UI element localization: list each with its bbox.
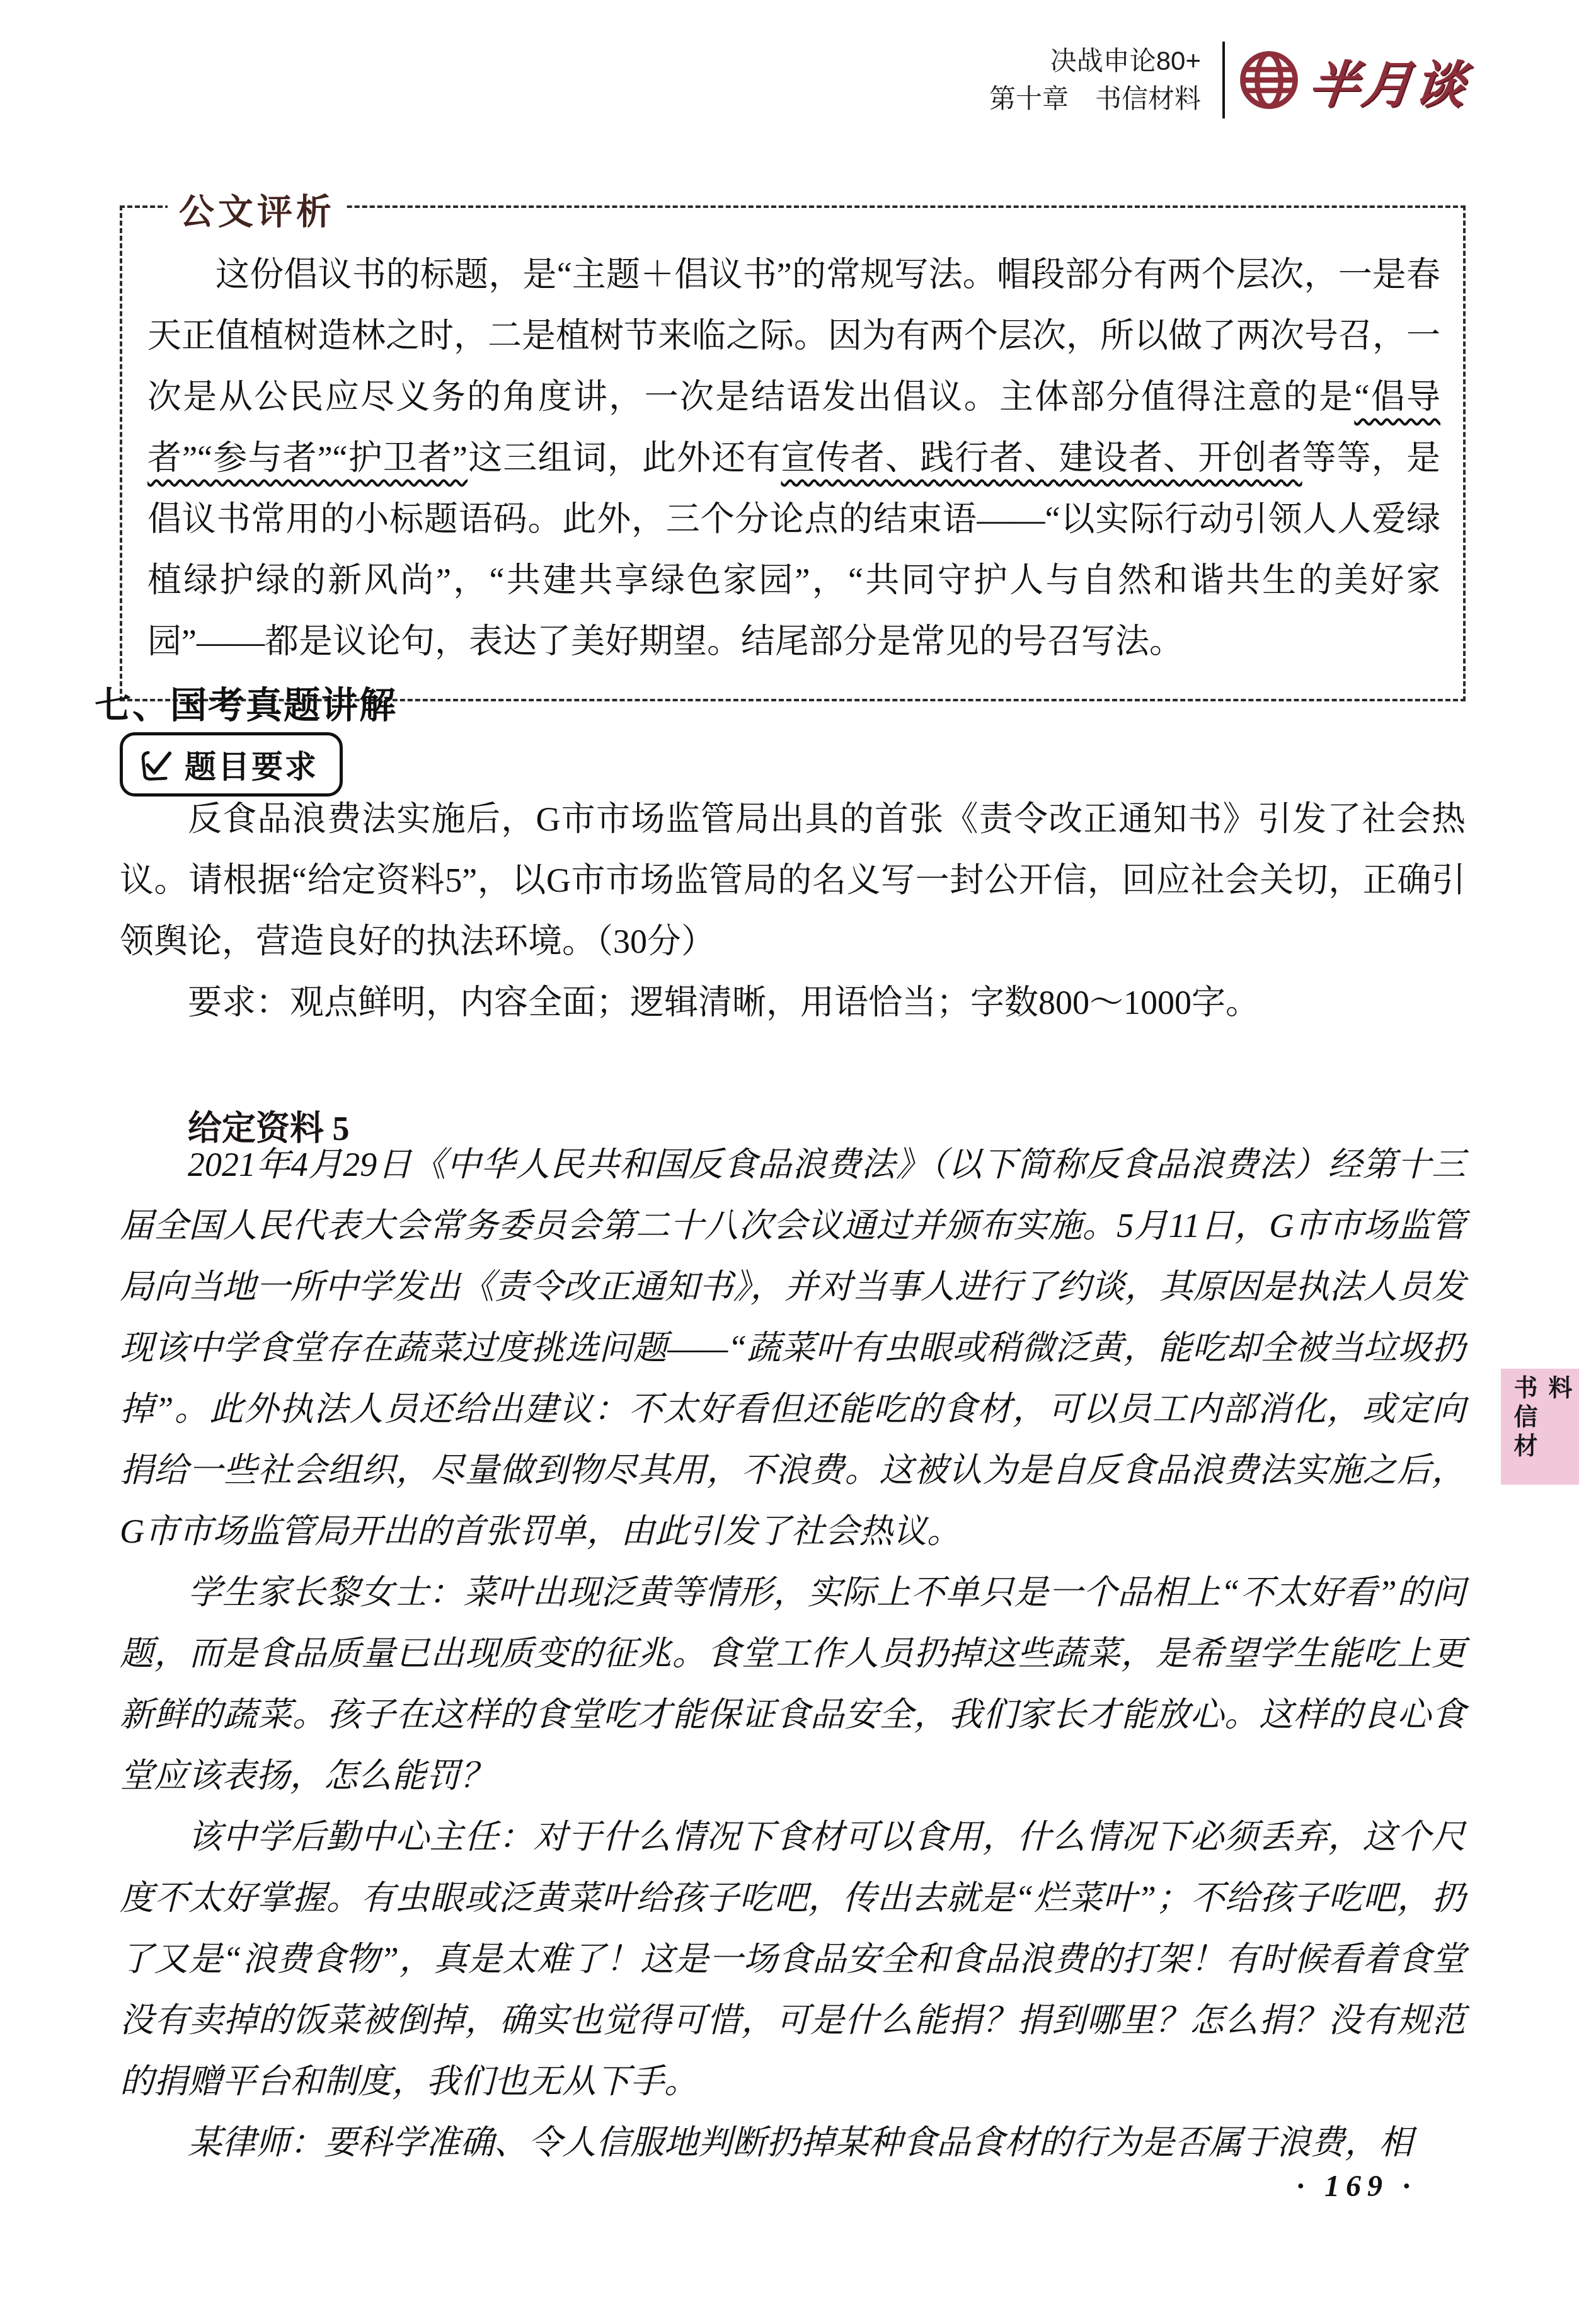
- requirement-label: 题目要求: [185, 742, 318, 787]
- question-block: 反食品浪费法实施后，G市市场监管局出具的首张《责令改正通知书》引发了社会热议。请…: [120, 789, 1466, 1033]
- page-number: · 169 ·: [1297, 2169, 1416, 2204]
- analysis-box: 公文评析 这份倡议书的标题，是“主题＋倡议书”的常规写法。帽段部分有两个层次，一…: [120, 205, 1466, 701]
- chapter-side-tab: 书信材料: [1501, 1369, 1579, 1485]
- material-paragraph-4: 某律师：要科学准确、令人信服地判断扔掉某种食品食材的行为是否属于浪费，相: [120, 2112, 1466, 2173]
- material-body: 2021年4月29日《中华人民共和国反食品浪费法》（以下简称反食品浪费法）经第十…: [120, 1134, 1466, 2173]
- page-header: 决战申论80+ 第十章 书信材料 半月谈: [863, 42, 1468, 118]
- banyuetan-logo: 半月谈: [1225, 44, 1468, 117]
- analysis-box-title: 公文评析: [168, 184, 347, 234]
- section-heading: 七、国考真题讲解: [95, 676, 397, 728]
- logo-wordmark: 半月谈: [1306, 44, 1472, 117]
- analysis-paragraph: 这份倡议书的标题，是“主题＋倡议书”的常规写法。帽段部分有两个层次，一是春天正值…: [147, 244, 1440, 672]
- book-page: 决战申论80+ 第十章 书信材料 半月谈 公文评析 这份倡议书的标题，是“主题＋…: [0, 0, 1579, 2324]
- book-title: 决战申论80+: [863, 42, 1201, 80]
- question-paragraph: 反食品浪费法实施后，G市市场监管局出具的首张《责令改正通知书》引发了社会热议。请…: [120, 789, 1466, 972]
- globe-icon: [1237, 49, 1301, 112]
- material-paragraph-3: 该中学后勤中心主任：对于什么情况下食材可以食用，什么情况下必须丢弃，这个尺度不太…: [120, 1807, 1466, 2112]
- material-paragraph-1: 2021年4月29日《中华人民共和国反食品浪费法》（以下简称反食品浪费法）经第十…: [120, 1134, 1466, 1562]
- requirement-box: 题目要求: [120, 732, 343, 797]
- requirements-line: 要求：观点鲜明，内容全面；逻辑清晰，用语恰当；字数800～1000字。: [120, 972, 1466, 1033]
- material-paragraph-2: 学生家长黎女士：菜叶出现泛黄等情形，实际上不单只是一个品相上“不太好看”的问题，…: [120, 1562, 1466, 1807]
- analysis-text-segment: 这份倡议书的标题，是“主题＋倡议书”的常规写法。帽段部分有两个层次，一是春天正值…: [147, 256, 1440, 416]
- side-tab-label: 书信材料: [1506, 1375, 1575, 1485]
- header-meta: 决战申论80+ 第十章 书信材料: [863, 42, 1222, 118]
- analysis-text-segment: 这三组词，此外还有: [468, 439, 781, 477]
- chapter-title: 第十章 书信材料: [863, 80, 1201, 118]
- checkmark-icon: [138, 747, 173, 782]
- wavy-underlined-term: 宣传者、践行者、建设者、开创者: [781, 439, 1302, 477]
